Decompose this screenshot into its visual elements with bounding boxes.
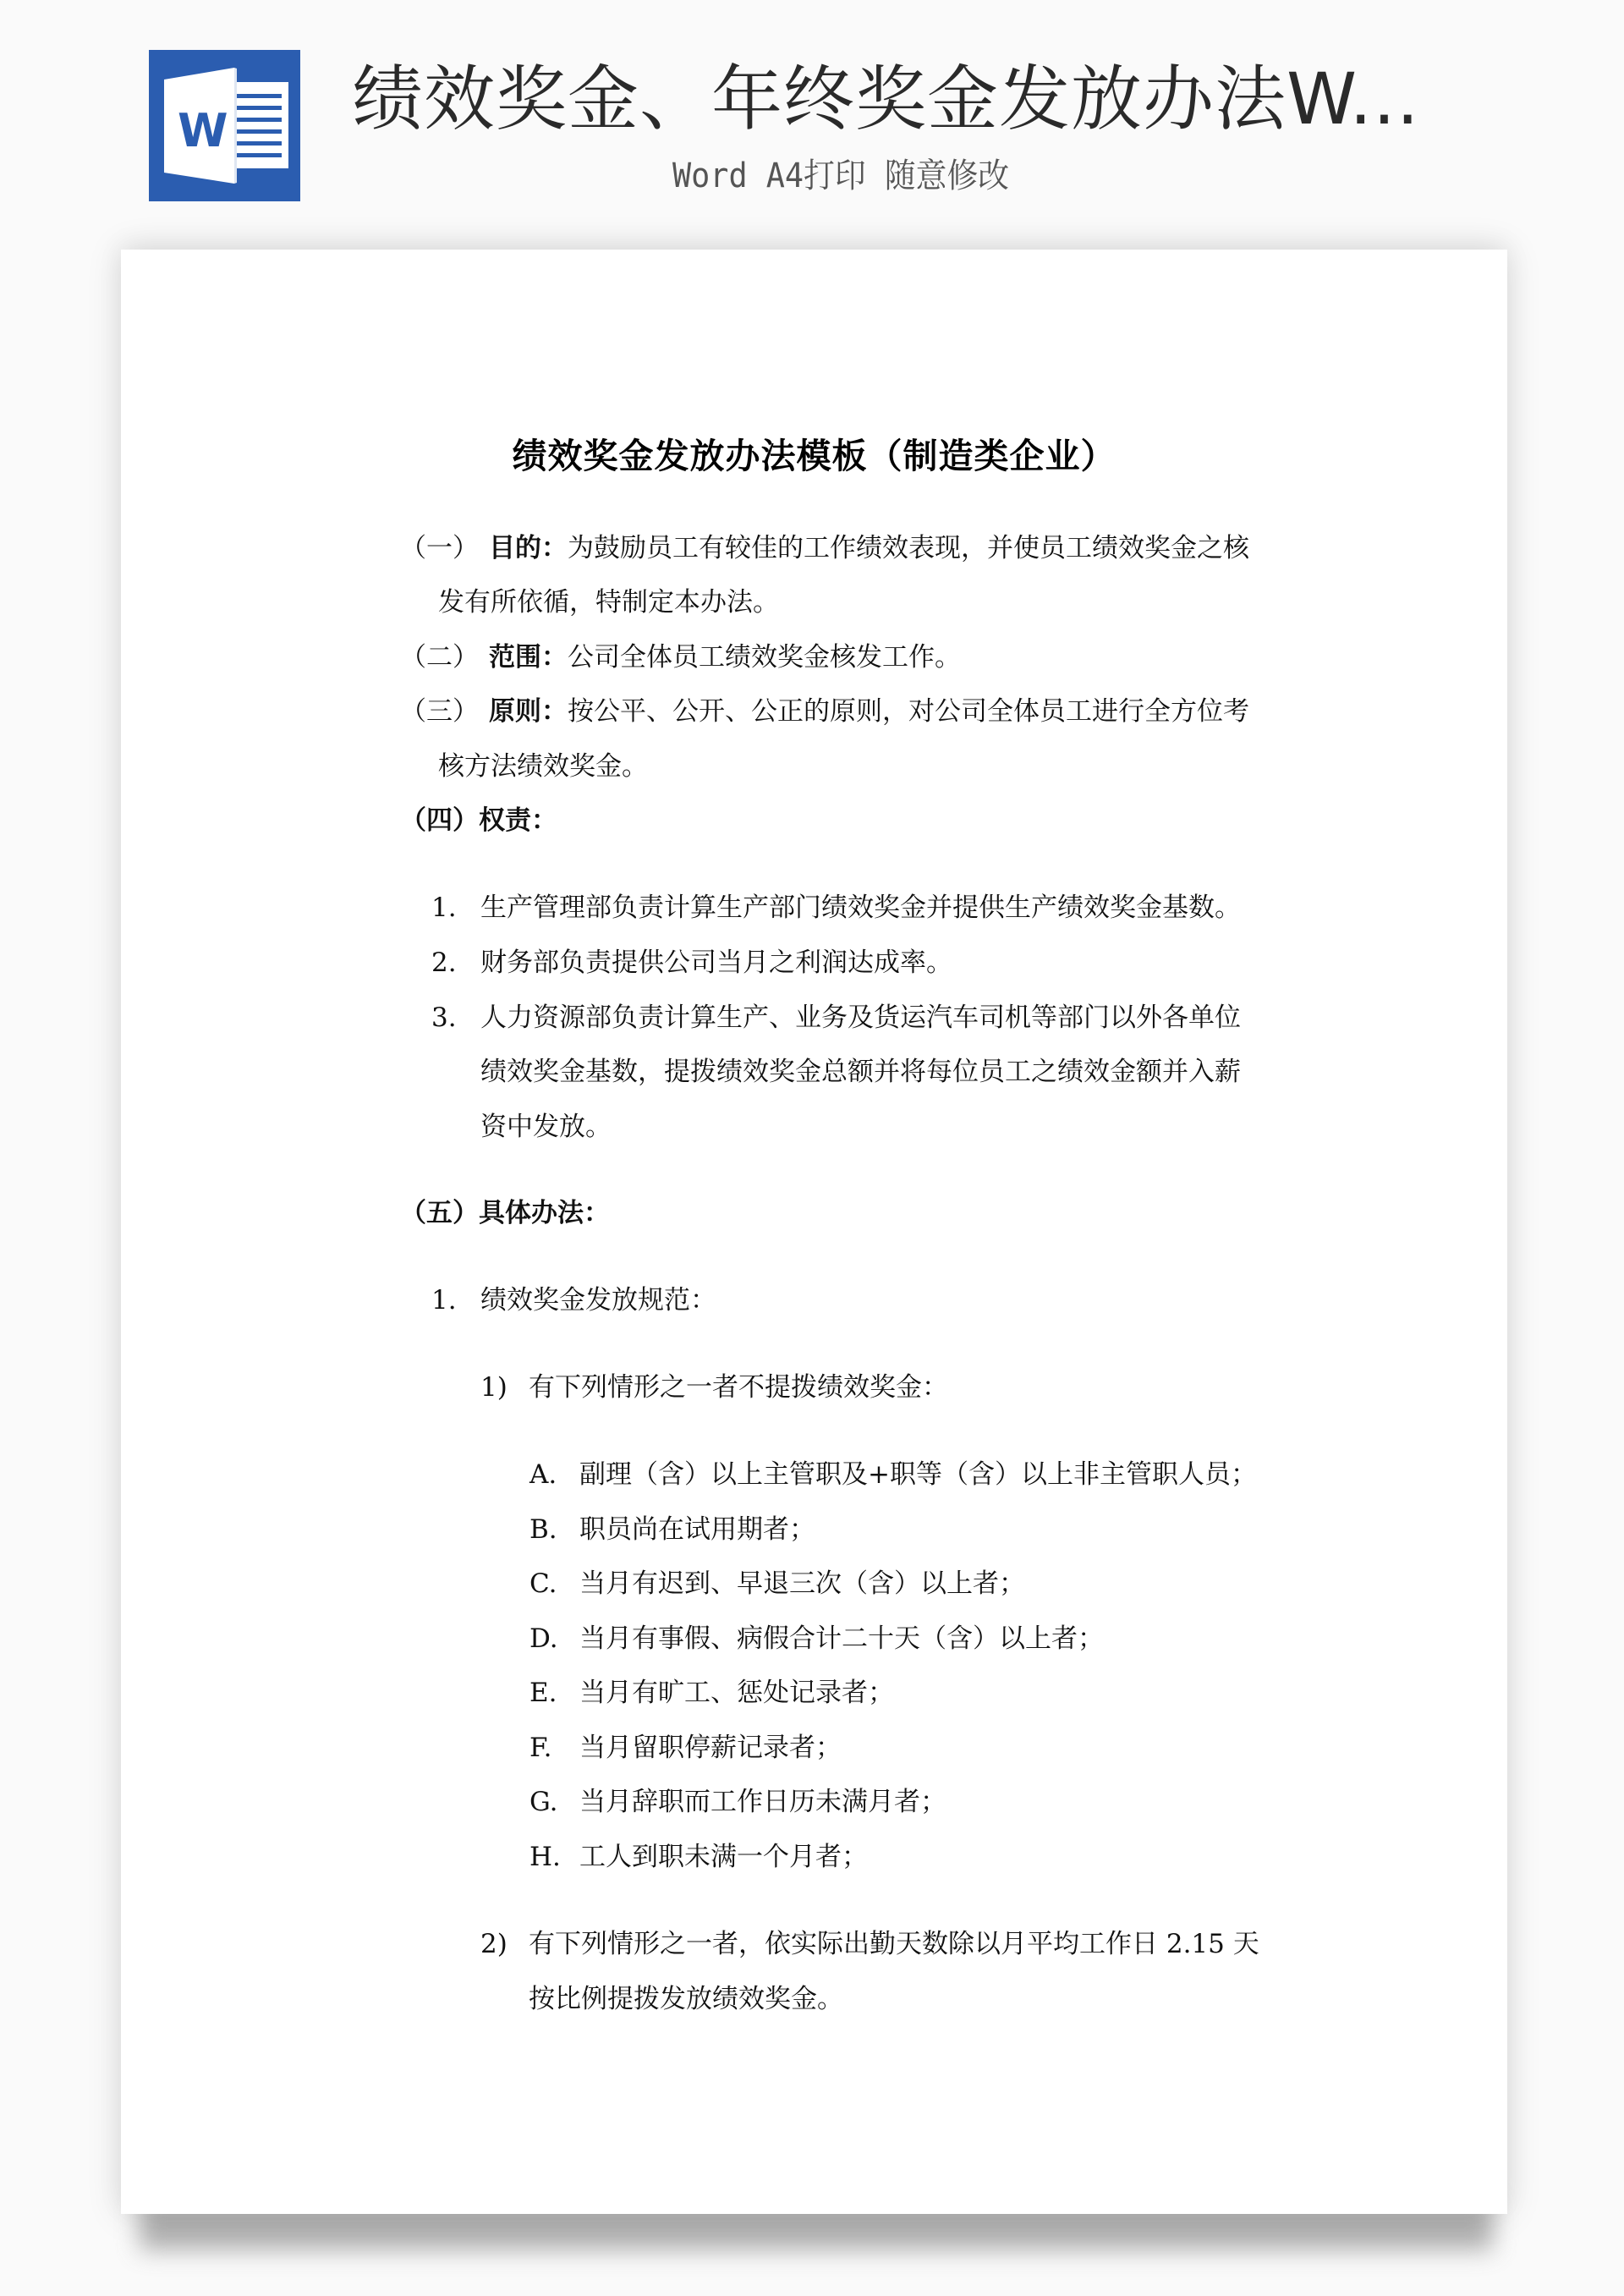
sublist-item: 有下列情形之一者不提拨绩效奖金： xyxy=(529,1370,948,1404)
list-item: 绩效奖金发放规范： xyxy=(480,1283,716,1317)
point-letter: F. xyxy=(529,1731,552,1765)
point-item: 副理（含）以上主管职及+职等（含）以上非主管职人员； xyxy=(579,1458,1257,1491)
sublist-number: 2) xyxy=(480,1927,507,1961)
list-item-continuation: 绩效奖金基数，提拨绩效奖金总额并将每位员工之绩效金额并入薪 xyxy=(480,1055,1241,1089)
document-page: 绩效奖金发放办法模板（制造类企业） （一）目的：为鼓励员工有较佳的工作绩效表现，… xyxy=(121,250,1507,2214)
header: W 绩效奖金、年终奖金发放办法W... Word A4打印 随意修改 xyxy=(0,0,1624,245)
page-title: 绩效奖金发放办法模板（制造类企业） xyxy=(121,434,1507,478)
list-item: 财务部负责提供公司当月之利润达成率。 xyxy=(480,946,952,980)
section-label: 目的： xyxy=(489,533,568,563)
point-letter: H. xyxy=(529,1840,561,1874)
list-number: 3. xyxy=(431,1001,457,1035)
section-label: 原则： xyxy=(489,696,568,727)
point-item: 当月有旷工、惩处记录者； xyxy=(579,1676,894,1710)
list-number: 1. xyxy=(431,891,457,925)
sublist-number: 1) xyxy=(480,1370,507,1404)
section-marker: （四） xyxy=(400,804,479,838)
document-subtitle: Word A4打印 随意修改 xyxy=(672,152,1009,200)
section-label: 具体办法： xyxy=(479,1198,610,1228)
list-item-continuation: 资中发放。 xyxy=(480,1110,612,1144)
point-item: 职员尚在试用期者； xyxy=(579,1513,815,1546)
svg-text:W: W xyxy=(178,104,228,157)
section-marker: （二） xyxy=(400,640,479,674)
section-principle: （三）原则：按公平、公开、公正的原则，对公司全体员工进行全方位考 xyxy=(400,695,1249,728)
section-marker: （三） xyxy=(400,695,479,728)
section-scope: （二）范围：公司全体员工绩效奖金核发工作。 xyxy=(400,640,961,674)
section-text: 按公平、公开、公正的原则，对公司全体员工进行全方位考 xyxy=(568,696,1249,727)
point-letter: E. xyxy=(529,1676,557,1710)
point-letter: C. xyxy=(529,1567,557,1601)
section-marker: （一） xyxy=(400,531,479,565)
point-item: 当月有事假、病假合计二十天（含）以上者； xyxy=(579,1622,1104,1656)
document-title-banner: 绩效奖金、年终奖金发放办法W... xyxy=(352,52,1536,146)
point-item: 当月辞职而工作日历未满月者； xyxy=(579,1785,946,1819)
section-text: 为鼓励员工有较佳的工作绩效表现，并使员工绩效奖金之核 xyxy=(568,533,1249,563)
point-item: 当月留职停薪记录者； xyxy=(579,1731,842,1765)
section-principle-continuation: 核方法绩效奖金。 xyxy=(438,750,648,783)
point-item: 当月有迟到、早退三次（含）以上者； xyxy=(579,1567,1025,1601)
section-responsibility: （四）权责： xyxy=(400,804,557,838)
section-purpose-continuation: 发有所依循，特制定本办法。 xyxy=(438,585,779,619)
section-text: 公司全体员工绩效奖金核发工作。 xyxy=(568,642,961,673)
section-label: 权责： xyxy=(479,805,557,836)
point-item: 工人到职未满一个月者； xyxy=(579,1840,868,1874)
list-number: 1. xyxy=(431,1283,457,1317)
sublist-item-continuation: 按比例提拨发放绩效奖金。 xyxy=(529,1982,843,2016)
section-marker: （五） xyxy=(400,1196,479,1230)
point-letter: B. xyxy=(529,1513,557,1546)
list-item: 生产管理部负责计算生产部门绩效奖金并提供生产绩效奖金基数。 xyxy=(480,891,1241,925)
word-document-icon: W xyxy=(149,50,300,201)
list-item: 人力资源部负责计算生产、业务及货运汽车司机等部门以外各单位 xyxy=(480,1001,1241,1035)
section-purpose: （一）目的：为鼓励员工有较佳的工作绩效表现，并使员工绩效奖金之核 xyxy=(400,531,1249,565)
point-letter: A. xyxy=(529,1458,557,1491)
list-number: 2. xyxy=(431,946,457,980)
section-methods: （五）具体办法： xyxy=(400,1196,610,1230)
point-letter: G. xyxy=(529,1785,558,1819)
sublist-item: 有下列情形之一者，依实际出勤天数除以月平均工作日 2.15 天 xyxy=(529,1927,1259,1961)
point-letter: D. xyxy=(529,1622,558,1656)
section-label: 范围： xyxy=(489,642,568,673)
